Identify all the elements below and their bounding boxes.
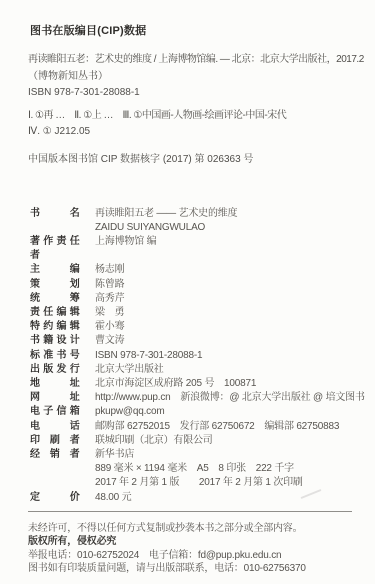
classification-line-2: Ⅳ. ① J212.05 xyxy=(28,124,359,140)
copyright-page: 图书在版编目(CIP)数据 再读睢阳五老：艺术史的维度 / 上海博物馆编. — … xyxy=(0,0,375,584)
info-row-value: 北京大学出版社 xyxy=(95,363,164,377)
info-row: 书名 再读睢阳五老 —— 艺术史的维度 xyxy=(30,207,359,221)
info-row: 特约编辑 霍小骞 xyxy=(30,320,359,334)
info-row-value: ISBN 978-7-301-28088-1 xyxy=(95,349,202,363)
info-row-value: 北京市海淀区成府路 205 号 100871 xyxy=(95,377,256,391)
divider-rule xyxy=(28,511,352,512)
info-row-label xyxy=(30,462,80,476)
info-row-label: 著作责任者 xyxy=(30,235,80,263)
info-row: 统筹 高秀芹 xyxy=(30,292,359,306)
info-row-value: 霍小骞 xyxy=(95,320,124,334)
info-row: 著作责任者 上海博物馆 编 xyxy=(30,235,359,263)
info-row-label: 定价 xyxy=(30,491,80,505)
info-row-label: 标准书号 xyxy=(30,349,80,363)
cip-header: 图书在版编目(CIP)数据 xyxy=(30,22,359,38)
info-row-value: 再读睢阳五老 —— 艺术史的维度 xyxy=(95,207,237,221)
info-row-label: 印刷者 xyxy=(30,434,80,448)
quality-contact-line: 图书如有印装质量问题，请与出版部联系，电话：010-62756370 xyxy=(28,562,359,576)
info-row: 策划 陈曾路 xyxy=(30,278,359,292)
notices-block: 未经许可，不得以任何方式复制或抄袭本书之部分或全部内容。 版权所有，侵权必究 举… xyxy=(28,522,359,576)
classification-line-1: Ⅰ. ①再 … Ⅱ. ①上 … Ⅲ. ①中国画-人物画-绘画评论-中国-宋代 xyxy=(28,108,359,124)
info-row-label: 统筹 xyxy=(30,292,80,306)
info-row-value: 新华书店 xyxy=(95,448,134,462)
info-row-label: 出版发行 xyxy=(30,363,80,377)
info-row-label: 责任编辑 xyxy=(30,306,80,320)
info-row-value: 邮购部 62752015 发行部 62750672 编辑部 62750883 xyxy=(95,420,339,434)
info-row: 责任编辑 梁 勇 xyxy=(30,306,359,320)
info-row: 地址 北京市海淀区成府路 205 号 100871 xyxy=(30,377,359,391)
cip-series-line: （博物新知丛书） xyxy=(28,69,359,86)
info-row: 主编 杨志刚 xyxy=(30,263,359,277)
cip-isbn-line: ISBN 978-7-301-28088-1 xyxy=(28,85,359,102)
info-row: 经销者 新华书店 xyxy=(30,448,359,462)
cip-record-number: 中国版本图书馆 CIP 数据核字 (2017) 第 026363 号 xyxy=(28,150,359,165)
cip-title-line: 再读睢阳五老：艺术史的维度 / 上海博物馆编. — 北京：北京大学出版社，201… xyxy=(28,52,359,69)
info-row-label: 电子信箱 xyxy=(30,405,80,419)
info-row: 电子信箱 pkupw@qq.com xyxy=(30,405,359,419)
info-row-value: http://www.pup.cn 新浪微博：@ 北京大学出版社 @ 培文图书 xyxy=(95,391,365,405)
info-row: 889 毫米 × 1194 毫米 A5 8 印张 222 千字 xyxy=(30,462,359,476)
info-row-label: 网址 xyxy=(30,391,80,405)
no-copy-notice: 未经许可，不得以任何方式复制或抄袭本书之部分或全部内容。 xyxy=(28,522,359,536)
info-row-value: 高秀芹 xyxy=(95,292,124,306)
info-row-value: pkupw@qq.com xyxy=(95,405,164,419)
info-row: 书籍设计 曹文涛 xyxy=(30,334,359,348)
info-row-label: 书名 xyxy=(30,207,80,221)
info-row: 标准书号 ISBN 978-7-301-28088-1 xyxy=(30,349,359,363)
info-row-label-empty xyxy=(30,221,80,235)
info-row-label: 经销者 xyxy=(30,448,80,462)
info-row-label: 策划 xyxy=(30,278,80,292)
info-row-value: 杨志刚 xyxy=(95,263,124,277)
copyright-notice: 版权所有，侵权必究 xyxy=(28,535,359,549)
info-table: 书名 再读睢阳五老 —— 艺术史的维度 ZAIDU SUIYANGWULAO 著… xyxy=(30,207,359,505)
info-row-value: 陈曾路 xyxy=(95,278,124,292)
info-row: 网址 http://www.pup.cn 新浪微博：@ 北京大学出版社 @ 培文… xyxy=(30,391,359,405)
info-row: 出版发行 北京大学出版社 xyxy=(30,363,359,377)
info-row: 印刷者 联城印刷（北京）有限公司 xyxy=(30,434,359,448)
info-row-label xyxy=(30,476,80,490)
info-row: 电话 邮购部 62752015 发行部 62750672 编辑部 6275088… xyxy=(30,420,359,434)
info-row-value2: ZAIDU SUIYANGWULAO xyxy=(95,221,205,235)
info-row-label: 地址 xyxy=(30,377,80,391)
info-row-label: 书籍设计 xyxy=(30,334,80,348)
cip-description-block: 再读睢阳五老：艺术史的维度 / 上海博物馆编. — 北京：北京大学出版社，201… xyxy=(28,52,359,102)
info-row-value: 上海博物馆 编 xyxy=(95,235,156,263)
info-row-value: 曹文涛 xyxy=(95,334,124,348)
info-row-value: 48.00 元 xyxy=(95,491,131,505)
info-row-label: 电话 xyxy=(30,420,80,434)
info-row-value: 联城印刷（北京）有限公司 xyxy=(95,434,213,448)
info-row-label: 主编 xyxy=(30,263,80,277)
info-row-value: 2017 年 2 月第 1 版 2017 年 2 月第 1 次印刷 xyxy=(95,476,303,490)
info-row-value: 889 毫米 × 1194 毫米 A5 8 印张 222 千字 xyxy=(95,462,294,476)
report-contact-line: 举报电话：010-62752024 电子信箱：fd@pup.pku.edu.cn xyxy=(28,549,359,563)
info-row-value: 梁 勇 xyxy=(95,306,124,320)
info-row-continuation: ZAIDU SUIYANGWULAO xyxy=(30,221,359,235)
info-row: 2017 年 2 月第 1 版 2017 年 2 月第 1 次印刷 xyxy=(30,476,359,490)
cip-classification-block: Ⅰ. ①再 … Ⅱ. ①上 … Ⅲ. ①中国画-人物画-绘画评论-中国-宋代 Ⅳ… xyxy=(28,108,359,140)
info-row-label: 特约编辑 xyxy=(30,320,80,334)
